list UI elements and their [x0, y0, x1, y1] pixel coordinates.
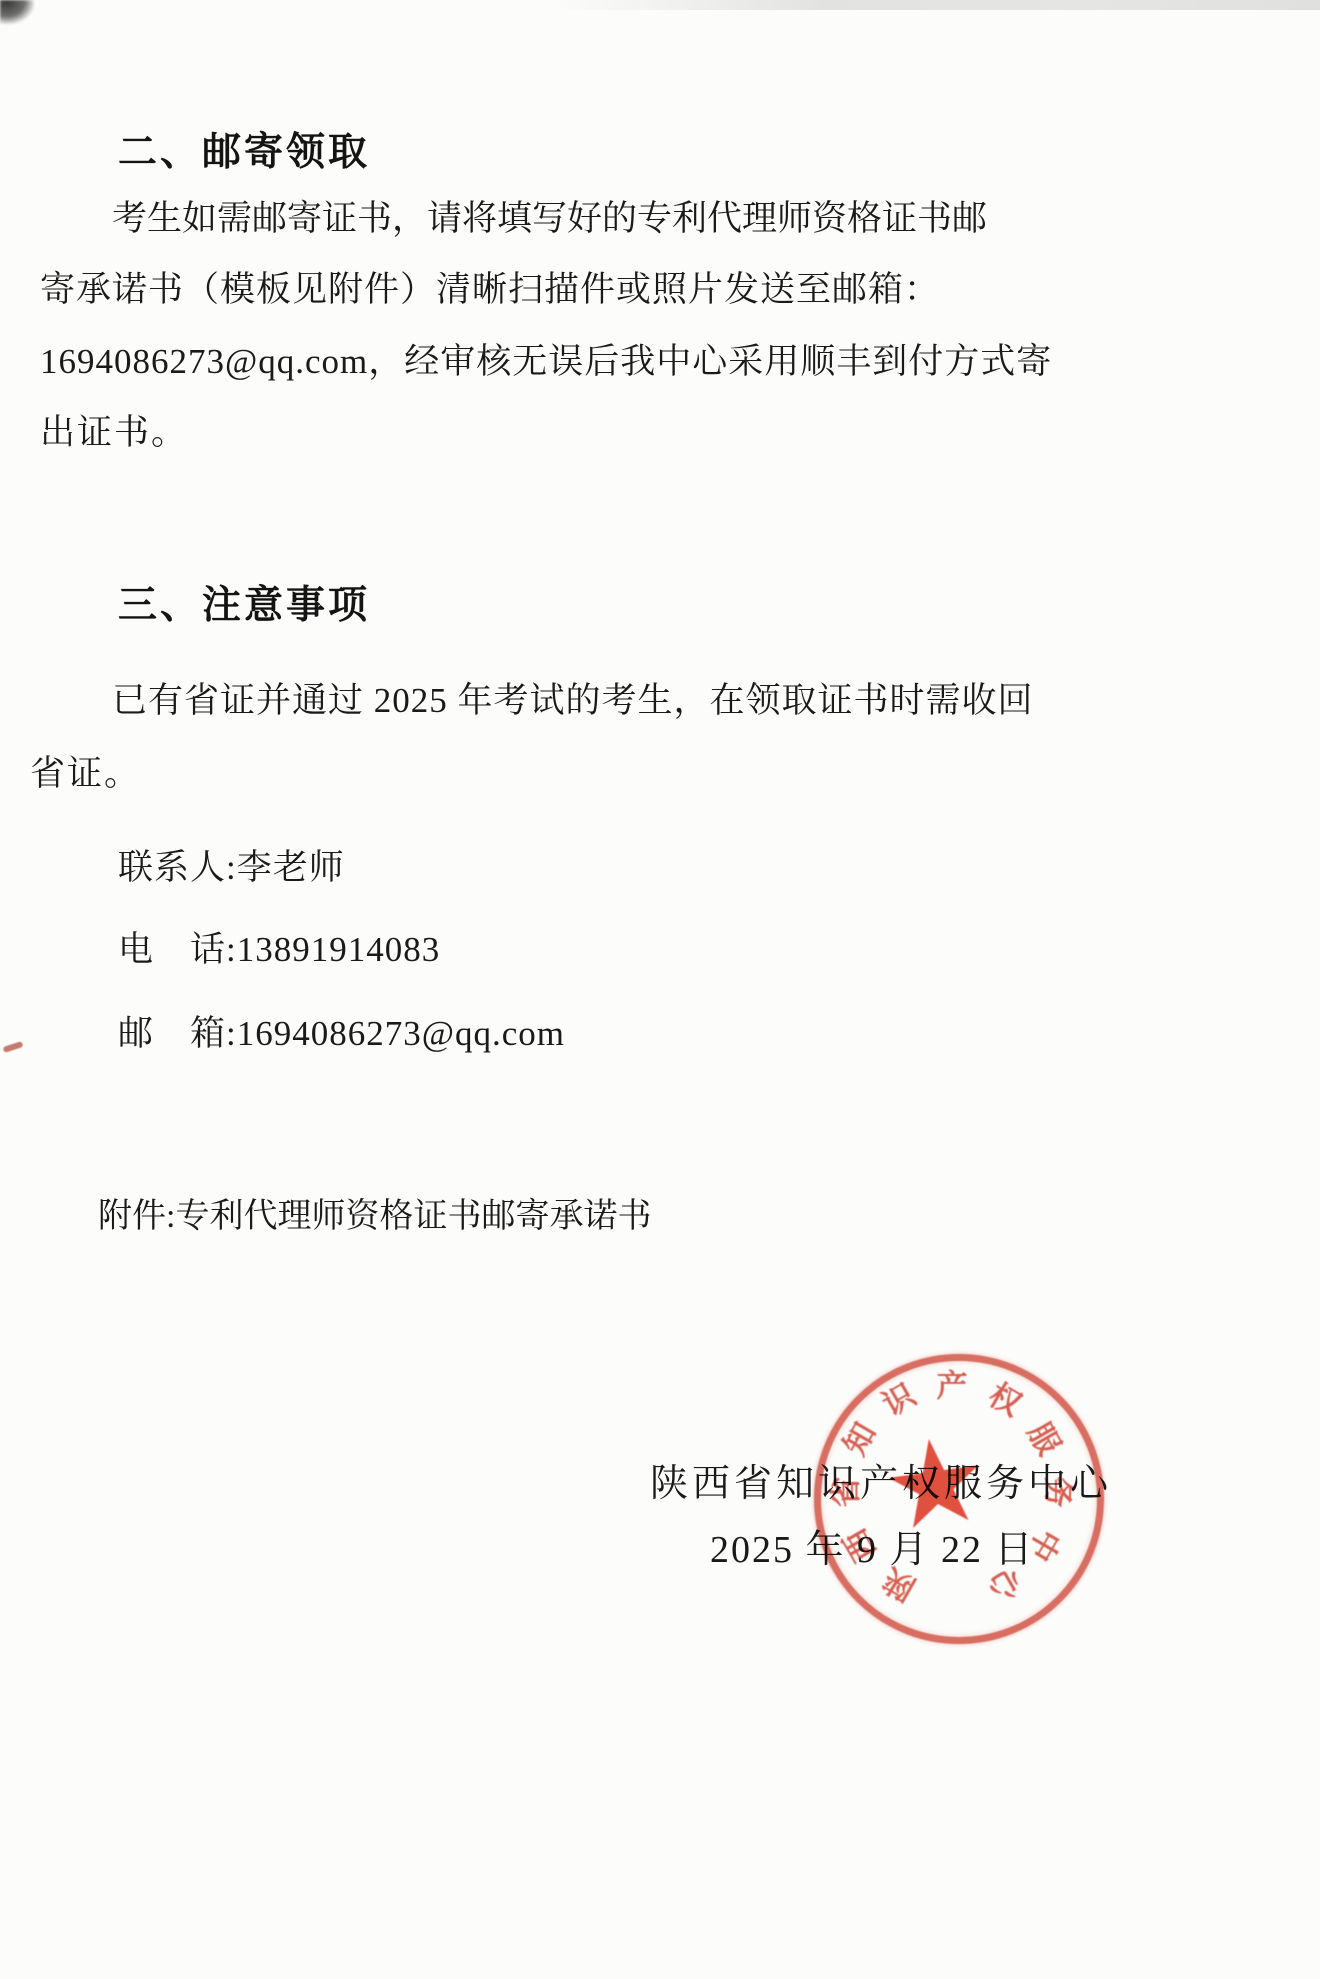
scan-smudge-corner — [0, 0, 34, 24]
section-heading-mail: 二、邮寄领取 — [118, 130, 370, 177]
document-page: 二、邮寄领取 考生如需邮寄证书，请将填写好的专利代理师资格证书邮 寄承诺书（模板… — [0, 0, 1320, 1979]
red-ink-mark — [3, 1041, 24, 1053]
contact-phone: 电 话:13891914083 — [118, 927, 440, 973]
stamp-arc-char: 产 — [937, 1371, 968, 1402]
stamp-arc-char: 务 — [1043, 1477, 1074, 1508]
attachment-line: 附件:专利代理师资格证书邮寄承诺书 — [98, 1195, 651, 1239]
paragraph-mail-line: 出证书。 — [40, 410, 188, 456]
stamp-arc-char: 省 — [831, 1477, 862, 1508]
contact-person: 联系人:李老师 — [118, 845, 345, 891]
official-seal-stamp: ★ 陕西省知识产权服务中心 — [814, 1354, 1090, 1630]
paragraph-mail-line: 1694086273@qq.com，经审核无误后我中心采用顺丰到付方式寄 — [40, 339, 1052, 385]
paragraph-notes-line: 省证。 — [30, 751, 141, 797]
scan-artifact-top — [554, 0, 1320, 10]
paragraph-mail-line: 考生如需邮寄证书，请将填写好的专利代理师资格证书邮 — [112, 196, 987, 242]
paragraph-mail-line: 寄承诺书（模板见附件）清晰扫描件或照片发送至邮箱： — [40, 267, 940, 313]
section-heading-notes: 三、注意事项 — [118, 583, 370, 630]
paragraph-notes-line: 已有省证并通过 2025 年考试的考生，在领取证书时需收回 — [112, 678, 1034, 724]
seal-star-icon: ★ — [874, 1417, 995, 1549]
contact-email: 邮 箱:1694086273@qq.com — [118, 1011, 565, 1057]
